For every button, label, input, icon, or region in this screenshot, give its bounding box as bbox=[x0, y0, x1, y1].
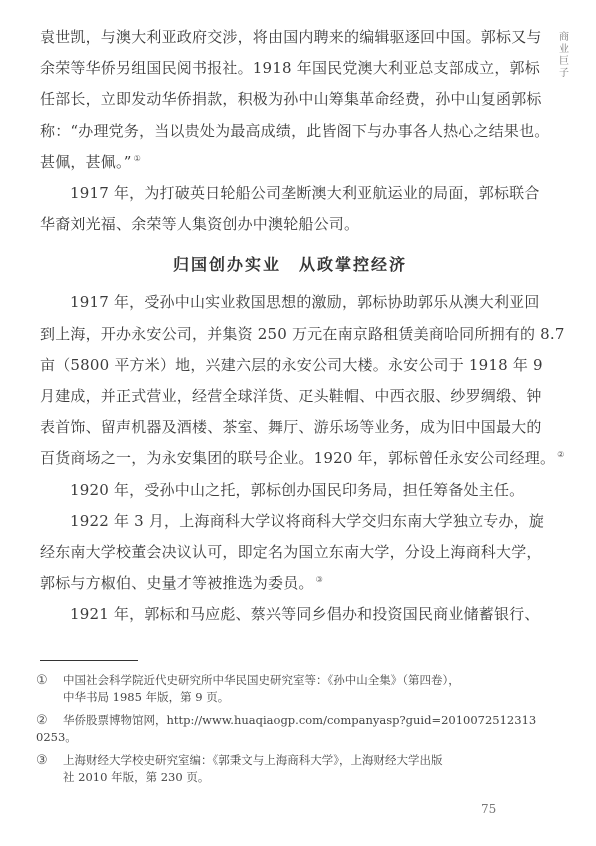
main-body-text: 袁世凯，与澳大利亚政府交涉，将由国内聘来的编辑驱逐回中国。郭标又与 余荣等华侨另… bbox=[40, 22, 540, 631]
footnote-line: 社 2010 年版，第 230 页。 bbox=[63, 769, 544, 786]
text-line: 1917 年，为打破英日轮船公司垄断澳大利亚航运业的局面，郭标联合 bbox=[40, 178, 540, 209]
text-line: 称：“办理党务，当以贵处为最高成绩，此皆阁下与办事各人热心之结果也。 bbox=[40, 116, 540, 147]
footnote-2: ② 华侨股票博物馆网，http://www.huaqiaogp.com/comp… bbox=[36, 712, 544, 746]
footnotes: ① 中国社会科学院近代史研究所中华民国史研究室等：《孙中山全集》（第四卷）， 中… bbox=[36, 672, 544, 792]
footnote-3: ③ 上海财经大学校史研究室编：《郭秉文与上海商科大学》，上海财经大学出版 社 2… bbox=[36, 752, 544, 786]
footnote-text: 中国社会科学院近代史研究所中华民国史研究室等：《孙中山全集》（第四卷）， 中华书… bbox=[63, 672, 544, 706]
running-header-side-label: 商业巨子 bbox=[558, 32, 570, 80]
footnote-line: 0253。 bbox=[36, 729, 544, 746]
footnote-text: 上海财经大学校史研究室编：《郭秉文与上海商科大学》，上海财经大学出版 社 201… bbox=[63, 752, 544, 786]
text-line: 亩（5800 平方米）地，兴建六层的永安公司大楼。永安公司于 1918 年 9 bbox=[40, 350, 540, 381]
text-line: 甚佩，甚佩。”① bbox=[40, 147, 540, 178]
text-line: 百货商场之一，为永安集团的联号企业。1920 年，郭标曾任永安公司经理。② bbox=[40, 443, 540, 474]
footnote-line: 中华书局 1985 年版，第 9 页。 bbox=[63, 689, 544, 706]
section-heading: 归国创办实业 从政掌控经济 bbox=[40, 250, 540, 280]
footnote-line: 华侨股票博物馆网，http://www.huaqiaogp.com/compan… bbox=[63, 712, 544, 729]
footnote-text: 华侨股票博物馆网，http://www.huaqiaogp.com/compan… bbox=[63, 712, 544, 746]
footnote-ref-1[interactable]: ① bbox=[134, 154, 141, 163]
text-line: 月建成，并正式营业，经营全球洋货、疋头鞋帽、中西衣服、纱罗绸缎、钟 bbox=[40, 381, 540, 412]
paragraph: 1917 年，为打破英日轮船公司垄断澳大利亚航运业的局面，郭标联合 华裔刘光福、… bbox=[40, 178, 540, 240]
footnote-number: ③ bbox=[36, 752, 48, 769]
footnote-1: ① 中国社会科学院近代史研究所中华民国史研究室等：《孙中山全集》（第四卷）， 中… bbox=[36, 672, 544, 706]
footnote-ref-3[interactable]: ③ bbox=[316, 575, 323, 584]
footnote-line: 中国社会科学院近代史研究所中华民国史研究室等：《孙中山全集》（第四卷）， bbox=[63, 672, 544, 689]
text-line: 到上海，开办永安公司，并集资 250 万元在南京路租赁美商哈同所拥有的 8.7 bbox=[40, 319, 540, 350]
text-line: 1917 年，受孙中山实业救国思想的激励，郭标协助郭乐从澳大利亚回 bbox=[40, 287, 540, 318]
text-line: 1922 年 3 月，上海商科大学议将商科大学交归东南大学独立专办，旋 bbox=[40, 506, 540, 537]
text-line: 余荣等华侨另组国民阅书报社。1918 年国民党澳大利亚总支部成立，郭标 bbox=[40, 53, 540, 84]
text-line: 郭标与方椒伯、史量才等被推选为委员。③ bbox=[40, 568, 540, 599]
text-line: 华裔刘光福、余荣等人集资创办中澳轮船公司。 bbox=[40, 209, 540, 240]
footnote-number: ② bbox=[36, 712, 48, 729]
text-line: 任部长，立即发动华侨捐款，积极为孙中山筹集革命经费，孙中山复函郭标 bbox=[40, 84, 540, 115]
page-number: 75 bbox=[481, 802, 496, 816]
footnote-divider bbox=[40, 660, 138, 661]
paragraph: 1920 年，受孙中山之托，郭标创办国民印务局，担任筹备处主任。 bbox=[40, 475, 540, 506]
text-line: 1921 年，郭标和马应彪、蔡兴等同乡倡办和投资国民商业储蓄银行、 bbox=[40, 599, 540, 630]
paragraph: 袁世凯，与澳大利亚政府交涉，将由国内聘来的编辑驱逐回中国。郭标又与 余荣等华侨另… bbox=[40, 22, 540, 178]
text-segment: 甚佩，甚佩。” bbox=[40, 153, 132, 171]
text-line: 表首饰、留声机器及酒楼、茶室、舞厅、游乐场等业务，成为旧中国最大的 bbox=[40, 412, 540, 443]
footnote-ref-2[interactable]: ② bbox=[557, 450, 564, 459]
text-line: 经东南大学校董会决议认可，即定名为国立东南大学，分设上海商科大学， bbox=[40, 537, 540, 568]
paragraph: 1917 年，受孙中山实业救国思想的激励，郭标协助郭乐从澳大利亚回 到上海，开办… bbox=[40, 287, 540, 474]
text-segment: 郭标与方椒伯、史量才等被推选为委员。 bbox=[40, 574, 314, 592]
text-segment: 百货商场之一，为永安集团的联号企业。1920 年，郭标曾任永安公司经理。 bbox=[40, 449, 555, 467]
paragraph: 1922 年 3 月，上海商科大学议将商科大学交归东南大学独立专办，旋 经东南大… bbox=[40, 506, 540, 600]
text-line: 1920 年，受孙中山之托，郭标创办国民印务局，担任筹备处主任。 bbox=[40, 475, 540, 506]
paragraph: 1921 年，郭标和马应彪、蔡兴等同乡倡办和投资国民商业储蓄银行、 bbox=[40, 599, 540, 630]
footnote-number: ① bbox=[36, 672, 48, 689]
text-line: 袁世凯，与澳大利亚政府交涉，将由国内聘来的编辑驱逐回中国。郭标又与 bbox=[40, 22, 540, 53]
footnote-line: 上海财经大学校史研究室编：《郭秉文与上海商科大学》，上海财经大学出版 bbox=[63, 752, 544, 769]
